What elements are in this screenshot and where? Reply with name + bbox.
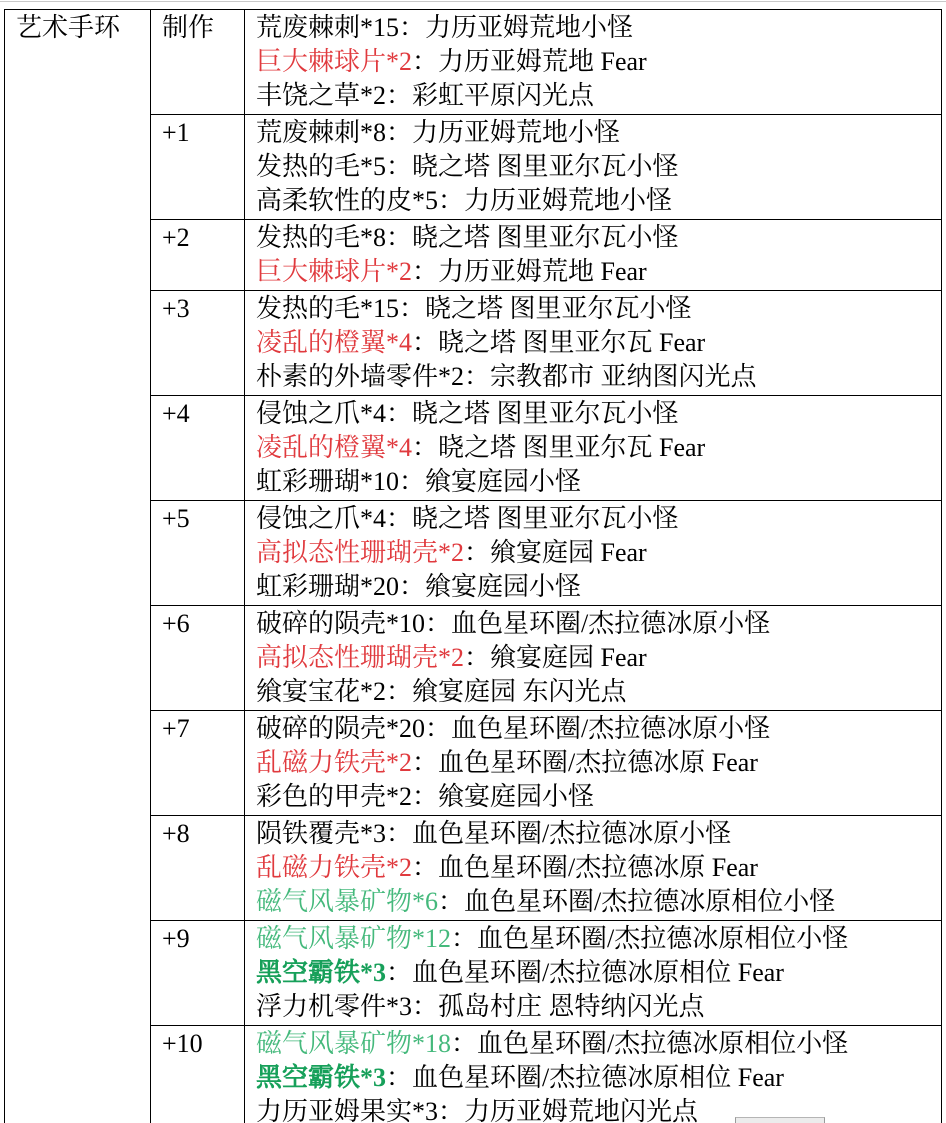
material-text: 丰饶之草*2 (256, 81, 386, 110)
material-text: ：晓之塔 图里亚尔瓦小怪 (386, 399, 679, 428)
material-line: 发热的毛*8：晓之塔 图里亚尔瓦小怪 (256, 221, 937, 255)
material-line: 荒废棘刺*8：力历亚姆荒地小怪 (256, 116, 937, 150)
material-text: ：血色星环圈/杰拉德冰原相位 Fear (386, 1063, 784, 1092)
material-text: 朴素的外墙零件*2 (256, 362, 464, 391)
material-line: 力历亚姆果实*3：力历亚姆荒地闪光点 (256, 1095, 937, 1123)
materials-cell: 荒废棘刺*15：力历亚姆荒地小怪巨大棘球片*2：力历亚姆荒地 Fear丰饶之草*… (245, 10, 942, 115)
materials-cell: 荒废棘刺*8：力历亚姆荒地小怪发热的毛*5：晓之塔 图里亚尔瓦小怪高柔软性的皮*… (245, 115, 942, 220)
material-text: ：血色星环圈/杰拉德冰原小怪 (425, 714, 770, 743)
material-text: ：晓之塔 图里亚尔瓦小怪 (386, 504, 679, 533)
upgrade-level-cell: +6 (151, 606, 245, 711)
material-text: ：力历亚姆荒地小怪 (386, 118, 620, 147)
table-row: 艺术手环制作荒废棘刺*15：力历亚姆荒地小怪巨大棘球片*2：力历亚姆荒地 Fea… (5, 10, 942, 115)
material-text-highlight: 乱磁力铁壳*2 (256, 853, 412, 882)
material-text: ：晓之塔 图里亚尔瓦小怪 (399, 294, 692, 323)
material-line: 荒废棘刺*15：力历亚姆荒地小怪 (256, 11, 937, 45)
material-text-highlight: 磁气风暴矿物*18 (256, 1029, 451, 1058)
materials-cell: 破碎的陨壳*20：血色星环圈/杰拉德冰原小怪乱磁力铁壳*2：血色星环圈/杰拉德冰… (245, 711, 942, 816)
materials-cell: 发热的毛*8：晓之塔 图里亚尔瓦小怪巨大棘球片*2：力历亚姆荒地 Fear (245, 220, 942, 291)
upgrade-materials-table-body: 艺术手环制作荒废棘刺*15：力历亚姆荒地小怪巨大棘球片*2：力历亚姆荒地 Fea… (5, 10, 942, 1123)
next-table-partial-cell (735, 1117, 825, 1123)
material-line: 发热的毛*5：晓之塔 图里亚尔瓦小怪 (256, 150, 937, 184)
material-text: ：力历亚姆荒地小怪 (399, 13, 633, 42)
material-line: 虹彩珊瑚*20：飨宴庭园小怪 (256, 570, 937, 604)
material-text: 发热的毛*8 (256, 223, 386, 252)
material-text-highlight: 乱磁力铁壳*2 (256, 748, 412, 777)
material-text: ：孤岛村庄 恩特纳闪光点 (412, 992, 705, 1021)
materials-cell: 磁气风暴矿物*18：血色星环圈/杰拉德冰原相位小怪黑空霸铁*3：血色星环圈/杰拉… (245, 1026, 942, 1123)
top-gridline (0, 1, 946, 2)
materials-cell: 磁气风暴矿物*12：血色星环圈/杰拉德冰原相位小怪黑空霸铁*3：血色星环圈/杰拉… (245, 921, 942, 1026)
material-text: 发热的毛*5 (256, 152, 386, 181)
material-text: ：血色星环圈/杰拉德冰原小怪 (425, 609, 770, 638)
materials-cell: 侵蚀之爪*4：晓之塔 图里亚尔瓦小怪高拟态性珊瑚壳*2：飨宴庭园 Fear虹彩珊… (245, 501, 942, 606)
upgrade-level-cell: 制作 (151, 10, 245, 115)
material-text-highlight: 凌乱的橙翼*4 (256, 328, 412, 357)
material-line: 高柔软性的皮*5：力历亚姆荒地小怪 (256, 184, 937, 218)
material-text-highlight: 高拟态性珊瑚壳*2 (256, 538, 464, 567)
material-text: ：血色星环圈/杰拉德冰原相位小怪 (438, 887, 835, 916)
material-line: 破碎的陨壳*20：血色星环圈/杰拉德冰原小怪 (256, 712, 937, 746)
upgrade-level-cell: +5 (151, 501, 245, 606)
material-text: ：晓之塔 图里亚尔瓦小怪 (386, 152, 679, 181)
upgrade-level-cell: +10 (151, 1026, 245, 1123)
material-text-highlight: 巨大棘球片*2 (256, 47, 412, 76)
material-text: ：血色星环圈/杰拉德冰原相位小怪 (451, 1029, 848, 1058)
upgrade-materials-table: 艺术手环制作荒废棘刺*15：力历亚姆荒地小怪巨大棘球片*2：力历亚姆荒地 Fea… (4, 9, 942, 1123)
materials-cell: 破碎的陨壳*10：血色星环圈/杰拉德冰原小怪高拟态性珊瑚壳*2：飨宴庭园 Fea… (245, 606, 942, 711)
material-text: 荒废棘刺*8 (256, 118, 386, 147)
material-line: 彩色的甲壳*2：飨宴庭园小怪 (256, 780, 937, 814)
material-text: 彩色的甲壳*2 (256, 782, 412, 811)
material-line: 巨大棘球片*2：力历亚姆荒地 Fear (256, 45, 937, 79)
material-text: ：血色星环圈/杰拉德冰原相位小怪 (451, 924, 848, 953)
material-text: ：力历亚姆荒地闪光点 (438, 1097, 698, 1123)
material-line: 高拟态性珊瑚壳*2：飨宴庭园 Fear (256, 641, 937, 675)
material-text: ：力历亚姆荒地小怪 (438, 186, 672, 215)
material-text: ：力历亚姆荒地 Fear (412, 257, 647, 286)
material-text-highlight: 磁气风暴矿物*12 (256, 924, 451, 953)
upgrade-level-cell: +2 (151, 220, 245, 291)
upgrade-level-cell: +3 (151, 291, 245, 396)
material-text: ：飨宴庭园小怪 (412, 782, 594, 811)
material-text: 破碎的陨壳*10 (256, 609, 425, 638)
material-text: ：彩虹平原闪光点 (386, 81, 594, 110)
material-text: ：血色星环圈/杰拉德冰原 Fear (412, 853, 758, 882)
material-line: 凌乱的橙翼*4：晓之塔 图里亚尔瓦 Fear (256, 431, 937, 465)
material-line: 陨铁覆壳*3：血色星环圈/杰拉德冰原小怪 (256, 817, 937, 851)
material-text: 高柔软性的皮*5 (256, 186, 438, 215)
material-text: ：飨宴庭园 Fear (464, 538, 647, 567)
material-text: ：血色星环圈/杰拉德冰原 Fear (412, 748, 758, 777)
material-line: 朴素的外墙零件*2：宗教都市 亚纳图闪光点 (256, 360, 937, 394)
material-text: ：晓之塔 图里亚尔瓦小怪 (386, 223, 679, 252)
material-text: 飨宴宝花*2 (256, 677, 386, 706)
material-line: 凌乱的橙翼*4：晓之塔 图里亚尔瓦 Fear (256, 326, 937, 360)
materials-cell: 发热的毛*15：晓之塔 图里亚尔瓦小怪凌乱的橙翼*4：晓之塔 图里亚尔瓦 Fea… (245, 291, 942, 396)
material-text: 浮力机零件*3 (256, 992, 412, 1021)
material-line: 乱磁力铁壳*2：血色星环圈/杰拉德冰原 Fear (256, 746, 937, 780)
material-text: ：晓之塔 图里亚尔瓦 Fear (412, 433, 705, 462)
material-text: 力历亚姆果实*3 (256, 1097, 438, 1123)
material-text: 侵蚀之爪*4 (256, 504, 386, 533)
material-text: 荒废棘刺*15 (256, 13, 399, 42)
material-text: 虹彩珊瑚*20 (256, 572, 399, 601)
material-text: 发热的毛*15 (256, 294, 399, 323)
material-line: 磁气风暴矿物*18：血色星环圈/杰拉德冰原相位小怪 (256, 1027, 937, 1061)
material-line: 浮力机零件*3：孤岛村庄 恩特纳闪光点 (256, 990, 937, 1024)
material-line: 乱磁力铁壳*2：血色星环圈/杰拉德冰原 Fear (256, 851, 937, 885)
item-name-cell: 艺术手环 (5, 10, 151, 1123)
material-line: 侵蚀之爪*4：晓之塔 图里亚尔瓦小怪 (256, 502, 937, 536)
material-text-highlight: 巨大棘球片*2 (256, 257, 412, 286)
material-text: ：飨宴庭园 东闪光点 (386, 677, 627, 706)
material-line: 高拟态性珊瑚壳*2：飨宴庭园 Fear (256, 536, 937, 570)
material-text: ：血色星环圈/杰拉德冰原相位 Fear (386, 958, 784, 987)
material-text: ：力历亚姆荒地 Fear (412, 47, 647, 76)
material-text: 破碎的陨壳*20 (256, 714, 425, 743)
material-line: 飨宴宝花*2：飨宴庭园 东闪光点 (256, 675, 937, 709)
material-line: 破碎的陨壳*10：血色星环圈/杰拉德冰原小怪 (256, 607, 937, 641)
material-text: ：飨宴庭园小怪 (399, 572, 581, 601)
upgrade-level-cell: +7 (151, 711, 245, 816)
material-line: 侵蚀之爪*4：晓之塔 图里亚尔瓦小怪 (256, 397, 937, 431)
material-line: 磁气风暴矿物*12：血色星环圈/杰拉德冰原相位小怪 (256, 922, 937, 956)
material-text: 虹彩珊瑚*10 (256, 467, 399, 496)
material-text: ：晓之塔 图里亚尔瓦 Fear (412, 328, 705, 357)
material-line: 巨大棘球片*2：力历亚姆荒地 Fear (256, 255, 937, 289)
material-text-highlight: 黑空霸铁*3 (256, 958, 386, 987)
material-line: 发热的毛*15：晓之塔 图里亚尔瓦小怪 (256, 292, 937, 326)
material-text: ：血色星环圈/杰拉德冰原小怪 (386, 819, 731, 848)
material-text-highlight: 凌乱的橙翼*4 (256, 433, 412, 462)
material-text: 陨铁覆壳*3 (256, 819, 386, 848)
material-text: ：飨宴庭园小怪 (399, 467, 581, 496)
materials-cell: 侵蚀之爪*4：晓之塔 图里亚尔瓦小怪凌乱的橙翼*4：晓之塔 图里亚尔瓦 Fear… (245, 396, 942, 501)
material-text: ：飨宴庭园 Fear (464, 643, 647, 672)
material-line: 丰饶之草*2：彩虹平原闪光点 (256, 79, 937, 113)
upgrade-level-cell: +8 (151, 816, 245, 921)
material-text-highlight: 黑空霸铁*3 (256, 1063, 386, 1092)
material-text: ：宗教都市 亚纳图闪光点 (464, 362, 757, 391)
upgrade-level-cell: +4 (151, 396, 245, 501)
material-text-highlight: 高拟态性珊瑚壳*2 (256, 643, 464, 672)
upgrade-level-cell: +9 (151, 921, 245, 1026)
material-line: 磁气风暴矿物*6：血色星环圈/杰拉德冰原相位小怪 (256, 885, 937, 919)
materials-cell: 陨铁覆壳*3：血色星环圈/杰拉德冰原小怪乱磁力铁壳*2：血色星环圈/杰拉德冰原 … (245, 816, 942, 921)
material-text: 侵蚀之爪*4 (256, 399, 386, 428)
upgrade-level-cell: +1 (151, 115, 245, 220)
material-text-highlight: 磁气风暴矿物*6 (256, 887, 438, 916)
material-line: 黑空霸铁*3：血色星环圈/杰拉德冰原相位 Fear (256, 956, 937, 990)
material-line: 黑空霸铁*3：血色星环圈/杰拉德冰原相位 Fear (256, 1061, 937, 1095)
material-line: 虹彩珊瑚*10：飨宴庭园小怪 (256, 465, 937, 499)
